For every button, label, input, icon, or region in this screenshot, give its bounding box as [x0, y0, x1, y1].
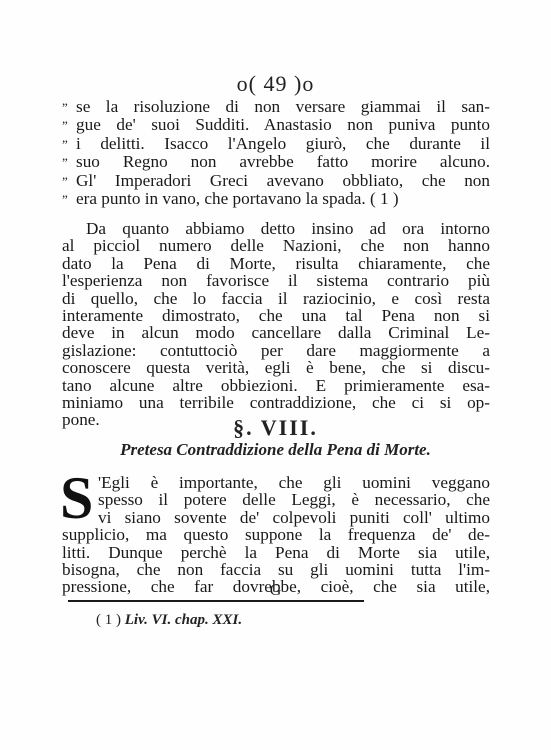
paragraph-line: di quello, che lo faccia il raziocinio, … [62, 290, 490, 307]
body-line: 'Egli è importante, che gli uomini vegga… [62, 474, 490, 491]
quote-line: ”Gl' Imperadori Greci avevano obbliato, … [62, 172, 490, 190]
paragraph-line: conoscere questa verità, egli è bene, ch… [62, 359, 490, 376]
quote-line: ”gue de' suoi Sudditi. Anastasio non pun… [62, 116, 490, 134]
body-line: bisogna, che non faccia su gli uomini tu… [62, 561, 490, 578]
quote-mark: ” [62, 99, 76, 116]
quote-mark: ” [62, 191, 76, 208]
quote-line: ”era punto in vano, che portavano la spa… [62, 190, 490, 208]
quote-mark: ” [62, 136, 76, 153]
paragraph-line: deve in alcun modo cancellare dalla Crim… [62, 324, 490, 341]
paragraph-line: tano alcune altre obbiezioni. E primiera… [62, 377, 490, 394]
body-line: spesso il potere delle Leggi, è necessar… [62, 491, 490, 508]
quote-line: ”i delitti. Isacco l'Angelo giurò, che d… [62, 135, 490, 153]
quote-mark: ” [62, 117, 76, 134]
paragraph-line: interamente dimostrato, che una tal Pena… [62, 307, 490, 324]
footnote-rule [68, 600, 364, 602]
footnote: ( 1 ) Liv. VI. chap. XXI. [96, 612, 242, 629]
section-heading: §. VIII. [0, 415, 551, 441]
paragraph-line: dato la Pena di Morte, risulta chiaramen… [62, 255, 490, 272]
paragraph: Da quanto abbiamo detto insino ad ora in… [62, 220, 490, 429]
paragraph-line: gislazione: contuttociò per dare maggior… [62, 342, 490, 359]
footnote-number: ( 1 ) [96, 612, 121, 628]
footnote-text: Liv. VI. chap. XXI. [125, 612, 242, 628]
drop-cap: S [60, 470, 93, 526]
quotation-block: ”se la risoluzione di non versare giamma… [62, 98, 490, 208]
paragraph-line: al picciol numero delle Nazioni, che non… [62, 237, 490, 254]
section-subtitle: Pretesa Contraddizione della Pena di Mor… [0, 440, 551, 460]
section-body: S 'Egli è importante, che gli uomini veg… [62, 474, 490, 596]
paragraph-line: l'esperienza non favorisce il sistema co… [62, 272, 490, 289]
body-line: supplicio, ma questo suppone la frequenz… [62, 526, 490, 543]
body-line: vi siano sovente de' colpevoli puniti co… [62, 509, 490, 526]
paragraph-line: Da quanto abbiamo detto insino ad ora in… [62, 220, 490, 237]
body-line: litti. Dunque perchè la Pena di Morte si… [62, 544, 490, 561]
quote-mark: ” [62, 154, 76, 171]
quote-line: ”suo Regno non avrebbe fatto morire alcu… [62, 153, 490, 171]
signature-mark: G [0, 582, 551, 600]
quote-line: ”se la risoluzione di non versare giamma… [62, 98, 490, 116]
paragraph-line: miniamo una terribile contraddizione, ch… [62, 394, 490, 411]
page-number: o( 49 )o [0, 71, 551, 97]
quote-mark: ” [62, 173, 76, 190]
book-page: o( 49 )o ”se la risoluzione di non versa… [0, 0, 551, 750]
